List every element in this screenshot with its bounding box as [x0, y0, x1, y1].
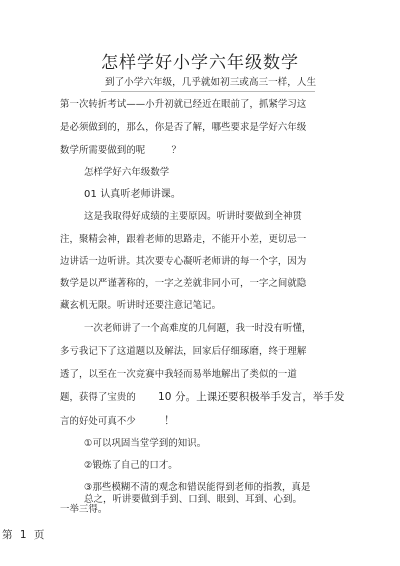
- body-text: 10 分。上课还要积极举手发言，举手发: [158, 391, 345, 403]
- body-line: 边讲话一边听讲。其次要专心凝听老师讲的每一个字，因为: [60, 253, 306, 267]
- subtitle-underlined: 到了小学六年级，几乎就如初三或高三一样，人生: [101, 74, 315, 92]
- page-number: 第 1 页: [2, 527, 46, 542]
- body-line: 题，获得了宝贵的 10 分。上课还要积极举手发言，举手发: [60, 389, 345, 404]
- body-line: 透了，以至在一次竞赛中我轻而易举地解出了类似的一道: [60, 366, 297, 380]
- body-line: 言的好处可真不少 ！: [60, 412, 175, 428]
- body-line: 藏玄机无限。听讲时还要注意记笔记。: [60, 297, 221, 311]
- body-line: 数学所需要做到的呢 ？: [60, 142, 181, 156]
- list-item: ②锻炼了自己的口才。: [84, 457, 178, 471]
- body-line: 这是我取得好成绩的主要原因。听讲时要做到全神贯: [84, 208, 302, 222]
- document-title: 怎样学好小学六年级数学: [0, 48, 400, 73]
- body-line: 数学是以严谨著称的，一字之差就非同小可，一字之间就隐: [60, 275, 306, 289]
- section-item-01: 01 认真听老师讲课。: [84, 185, 181, 200]
- document-page: 怎样学好小学六年级数学 到了小学六年级，几乎就如初三或高三一样，人生 第一次转折…: [0, 0, 400, 566]
- body-text: 题，获得了宝贵的: [60, 392, 136, 403]
- body-line: 多亏我记下了这道题以及解法，回家后仔细琢磨，终于理解: [60, 343, 306, 357]
- body-text: 言的好处可真不少: [60, 416, 136, 427]
- body-line: 第一次转折考试——小升初就已经近在眼前了，抓紧学习这: [60, 96, 306, 110]
- body-text: 数学所需要做到的呢: [60, 145, 145, 156]
- question-mark: ？: [171, 145, 180, 156]
- exclamation-mark: ！: [164, 414, 175, 427]
- body-line: 是必须做到的，那么，你是否了解，哪些要求是学好六年级: [60, 119, 306, 133]
- body-line: 注，聚精会神，跟着老师的思路走，不能开小差，更切忌一: [60, 231, 306, 245]
- summary-line: 总之，听讲要做到手到、口到、眼到、耳到、心到。: [84, 491, 302, 505]
- section-heading: 怎样学好六年级数学: [84, 164, 169, 178]
- document-subtitle: 到了小学六年级，几乎就如初三或高三一样，人生: [101, 74, 315, 88]
- list-item: ①可以巩固当堂学到的知识。: [84, 435, 206, 449]
- body-line: 一次老师讲了一个高难度的几何题，我一时没有听懂，: [84, 320, 311, 334]
